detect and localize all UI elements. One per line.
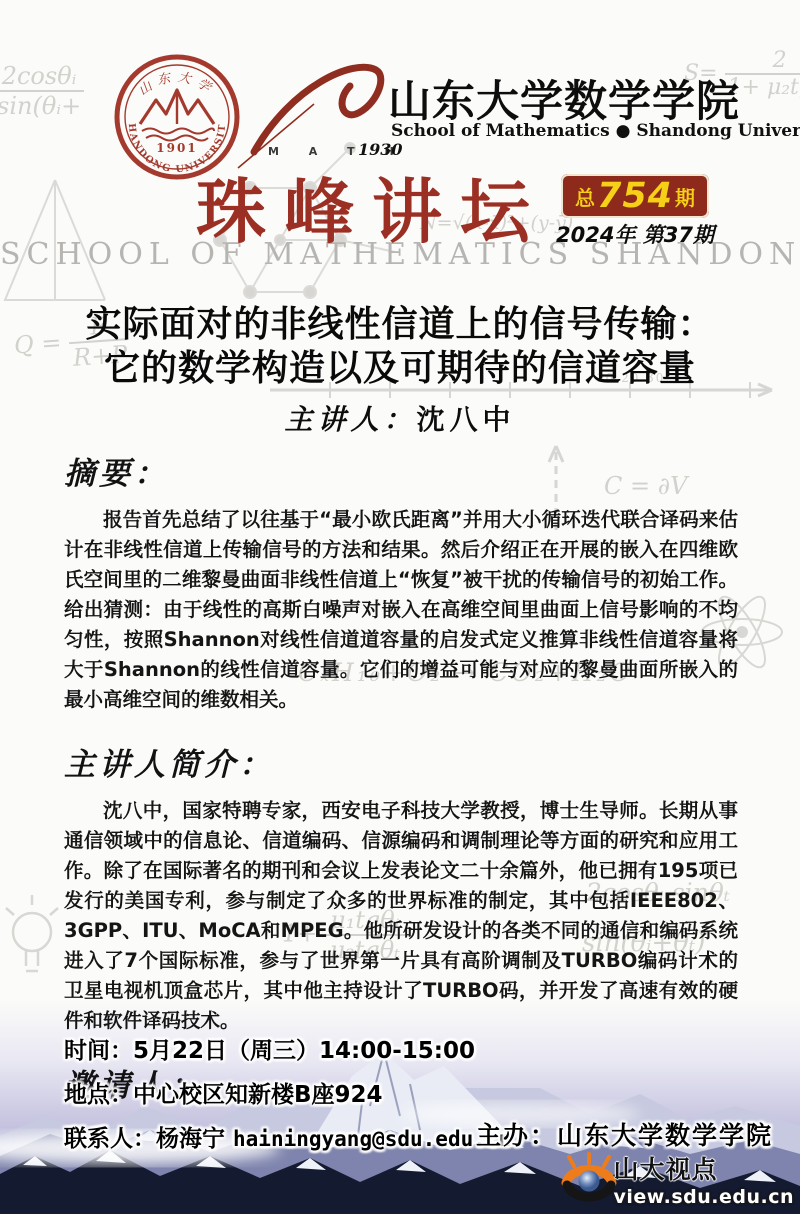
bio-heading: 主讲人简介： <box>64 739 738 784</box>
organizer-line: 主办：山东大学数学学院 <box>476 1116 773 1152</box>
location-line: 地点：中心校区知新楼B座924 <box>64 1076 511 1109</box>
speaker-name: 沈八中 <box>417 403 516 436</box>
lecture-title-line2: 它的数学构造以及可期待的信道容量 <box>0 340 800 391</box>
math-doodle: 2cosθᵢsin(θᵢ+ <box>0 62 84 120</box>
contact-line: 联系人：杨海宁 hainingyang@sdu.edu.cn <box>64 1120 511 1153</box>
svg-text:1901: 1901 <box>156 141 197 155</box>
speaker-prefix: 主讲人： <box>284 403 416 436</box>
contact-email: hainingyang@sdu.edu.cn <box>233 1127 511 1151</box>
issue-badge-prefix: 总 <box>575 182 595 211</box>
lecture-poster: 2cosθᵢsin(θᵢ+ S= 21+ μ₂tgθₜ Q = PR+P N=√… <box>0 0 800 1214</box>
issue-badge-suffix: 期 <box>675 182 695 211</box>
issue-badge-number: 754 <box>597 179 673 214</box>
issue-badge: 总 754 期 <box>561 174 709 218</box>
forum-title: 珠峰讲坛 <box>196 156 548 257</box>
bio-body: 沈八中，国家特聘专家，西安电子科技大学教授，博士生导师。长期从事通信领域中的信息… <box>64 796 738 1036</box>
school-name-en: School of Mathematics ● Shandong Univers… <box>391 121 800 141</box>
event-info-block: 时间：5月22日（周三）14:00-15:00 地点：中心校区知新楼B座924 … <box>64 1032 511 1164</box>
viewpoint-name: 山大视点 <box>613 1150 717 1186</box>
issue-year: 2024年 第37期 <box>556 219 714 249</box>
abstract-heading: 摘要： <box>64 448 738 493</box>
speaker-line: 主讲人：沈八中 <box>0 398 800 438</box>
abstract-body: 报告首先总结了以往基于“最小欧氏距离”并用大小循环迭代联合译码来估计在非线性信道… <box>64 505 738 715</box>
viewpoint-eye-icon <box>559 1152 619 1208</box>
viewpoint-url: view.sdu.edu.cn <box>613 1186 794 1208</box>
time-line: 时间：5月22日（周三）14:00-15:00 <box>64 1032 511 1065</box>
school-name-cn: 山东大学数学学院 <box>388 68 740 129</box>
contact-label: 联系人：杨海宁 <box>64 1126 225 1152</box>
viewpoint-watermark: 山大视点 view.sdu.edu.cn <box>559 1150 794 1208</box>
